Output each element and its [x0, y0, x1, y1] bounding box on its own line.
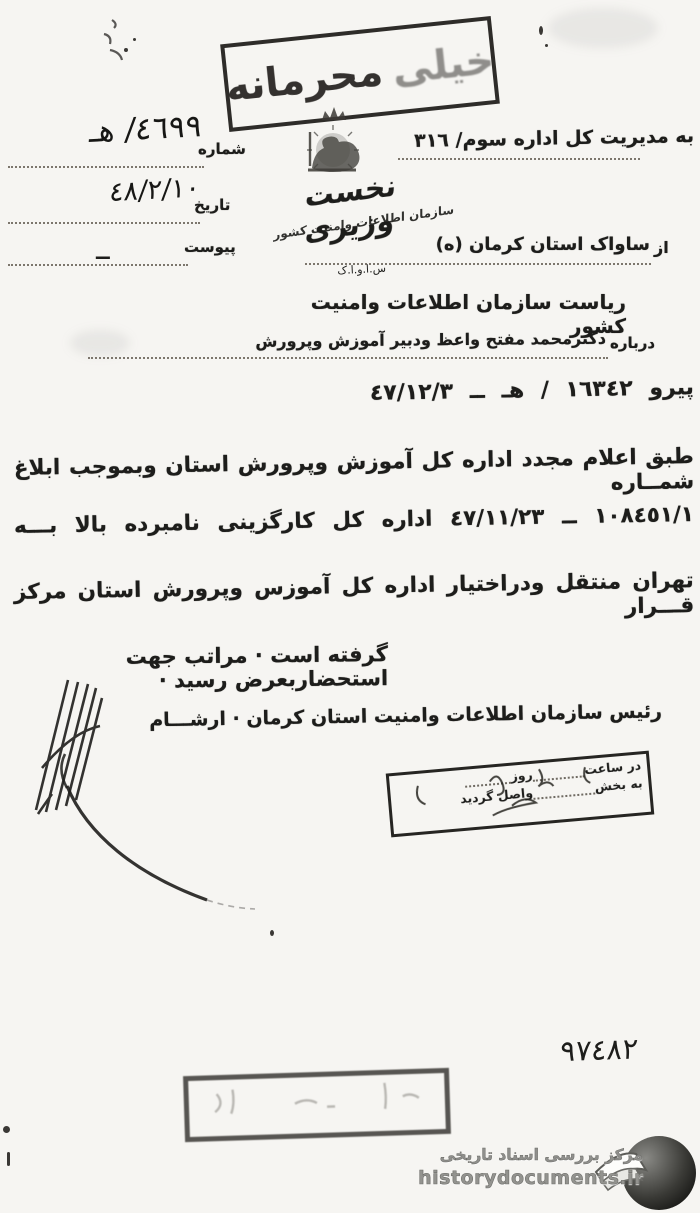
from-value: ساواک استان کرمان (ه): [318, 234, 650, 255]
scan-scribble: [92, 14, 138, 70]
scan-speck: [539, 26, 543, 35]
dotted-leader: [398, 158, 640, 160]
scanned-document-page: خیلی محرمانه نخست وزیری به مدیریت کل ادا…: [0, 0, 700, 1213]
classification-word-1: خیلی: [390, 37, 496, 93]
body-line: ١٠٨٤٥١/١ ــ ٤٧/١١/٢٣ اداره کل کارگزینی ن…: [14, 502, 694, 539]
faded-stamp-marks: [198, 1073, 445, 1127]
faded-stamp: [183, 1068, 451, 1142]
body-line: تهران منتقل ودراختیار اداره کل آموزس وپر…: [14, 568, 695, 630]
attachment-value: ــ: [96, 240, 110, 264]
from-label: از: [654, 238, 669, 257]
handwritten-number: ٩٧٤٨٢: [487, 1031, 639, 1070]
receipt-stamp: در ساعت روز به بخش واصل گردید: [386, 751, 655, 838]
subject-value: دکترمحمد مفتح واعظ ودبیر آموزش وپرورش: [90, 329, 606, 353]
classification-word-2: محرمانه: [224, 49, 385, 111]
date-label: تاریخ: [194, 196, 230, 214]
watermark-title: مرکز بررسی اسناد تاریخی: [425, 1146, 643, 1164]
attachment-label: پیوست: [184, 238, 236, 256]
subject-label: درباره: [610, 334, 655, 352]
dotted-leader: [8, 264, 188, 266]
watermark-url: historydocuments.ir: [412, 1167, 644, 1189]
receipt-handwriting-scribble: [389, 754, 651, 834]
to-line: به مدیریت کل اداره سوم/ ٣١٦: [352, 125, 694, 153]
reference-line: پیرو ١٦٣٤٢ / هـ ــ ٤٧/١٢/٣: [138, 375, 694, 410]
scan-smudge: [548, 8, 658, 48]
number-value: ٤٦٩٩/ هـ: [51, 108, 203, 152]
dotted-leader: [8, 222, 200, 224]
scan-speck: [270, 930, 274, 936]
signature-flourish: [35, 742, 315, 927]
dotted-leader: [88, 357, 608, 359]
number-label: شماره: [198, 140, 246, 158]
scan-speck: [3, 1126, 10, 1133]
dotted-leader: [8, 166, 204, 168]
date-value: ٤٨/٢/١٠: [59, 172, 201, 210]
scan-speck: [545, 44, 548, 47]
body-line: طبق اعلام مجدد اداره کل آموزش وپرورش است…: [14, 444, 695, 506]
scan-speck: [7, 1152, 10, 1166]
